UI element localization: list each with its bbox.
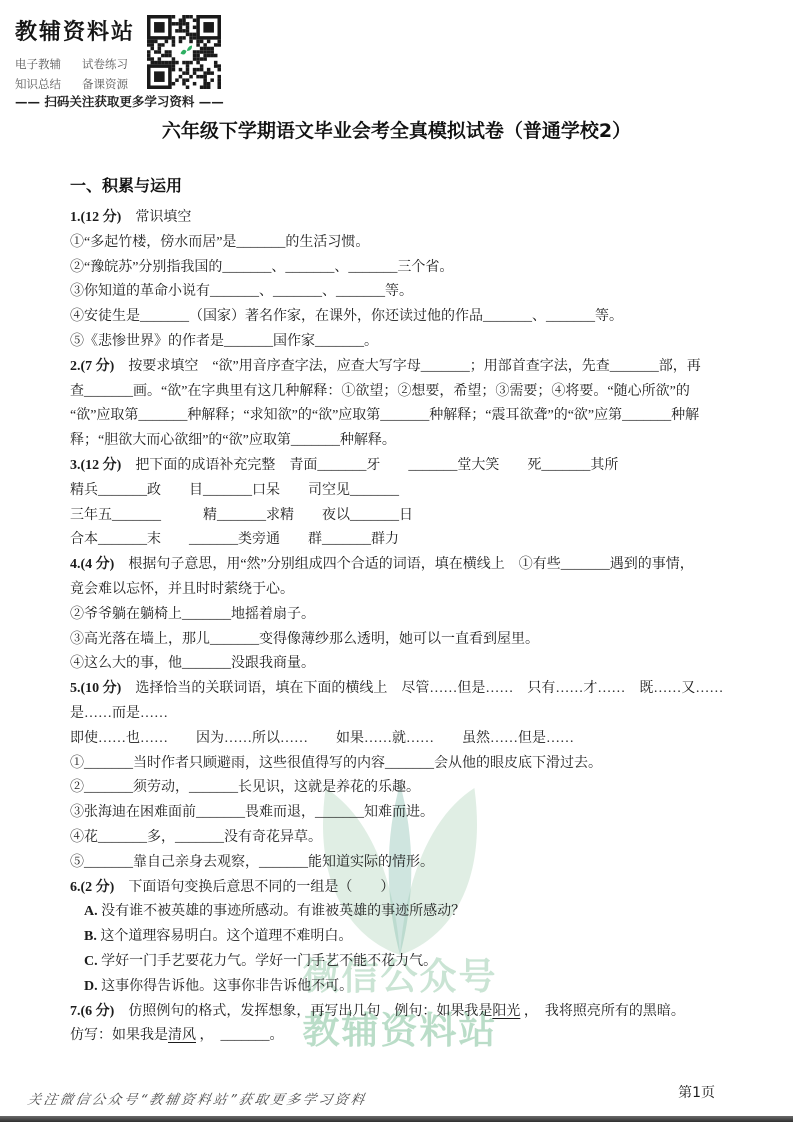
text-line: ②爷爷躺在躺椅上_______地摇着扇子。 <box>70 603 725 628</box>
text-line: ⑤_______靠自己亲身去观察，_______能知道实际的情形。 <box>70 851 725 876</box>
text-line: 1.(12 分) 常识填空 <box>70 206 725 231</box>
text-line: 即使……也…… 因为……所以…… 如果……就…… 虽然……但是…… <box>70 727 725 752</box>
text-line: 竟会难以忘怀，并且时时萦绕于心。 <box>70 578 725 603</box>
text-line: ②_______须劳动，_______长见识，这就是养花的乐趣。 <box>70 776 725 801</box>
text-line: ③你知道的革命小说有_______、_______、_______等。 <box>70 280 725 305</box>
text-line: C. 学好一门手艺要花力气。学好一门手艺不能不花力气。 <box>70 950 725 975</box>
text-line: ③高光落在墙上，那儿_______变得像薄纱那么透明，她可以一直看到屋里。 <box>70 628 725 653</box>
text-line: 仿写：如果我是清风 ， _______。 <box>70 1024 725 1049</box>
text-line: 5.(10 分) 选择恰当的关联词语，填在下面的横线上 尽管……但是…… 只有…… <box>70 677 725 702</box>
logo-tagline: 电子教辅 试卷练习 知识总结 备课资源 <box>15 56 133 92</box>
tag-summary: 知识总结 <box>15 76 66 92</box>
text-line: ④这么大的事，他_______没跟我商量。 <box>70 652 725 677</box>
text-line: 查_______画。“欲”在字典里有这几种解释：①欲望；②想要，希望；③需要；④… <box>70 380 725 405</box>
text-line: A. 没有谁不被英雄的事迹所感动。有谁被英雄的事迹所感动？ <box>70 900 725 925</box>
text-line: ①_______当时作者只顾避雨，这些很值得写的内容_______会从他的眼皮底… <box>70 752 725 777</box>
tag-ebook: 电子教辅 <box>15 56 66 72</box>
text-line: ④安徒生是_______（国家）著名作家，在课外，你还读过他的作品_______… <box>70 305 725 330</box>
text-line: 合本_______末 _______类旁通 群_______群力 <box>70 528 725 553</box>
qr-code <box>147 15 221 89</box>
site-logo: 教辅资料站 <box>15 15 133 46</box>
exam-page: 微信公众号 教辅资料站 教辅资料站 电子教辅 试卷练习 知识总结 备课资源 ——… <box>0 0 793 1122</box>
text-line: 精兵_______政 目_______口呆 司空见_______ <box>70 479 725 504</box>
underlined-word: 阳光 <box>492 1004 520 1019</box>
text-line: ①“多起竹楼，傍水而居”是_______的生活习惯。 <box>70 231 725 256</box>
text-line: 3.(12 分) 把下面的成语补充完整 青面_______牙 _______堂大… <box>70 454 725 479</box>
text-line: 释；“胆欲大而心欲细”的“欲”应取第_______种解释。 <box>70 429 725 454</box>
text-line: ③张海迪在困难面前_______畏难而退，_______知难而进。 <box>70 801 725 826</box>
text-line: “欲”应取第_______种解释；“求知欲”的“欲”应取第_______种解释；… <box>70 404 725 429</box>
logo-block: 教辅资料站 电子教辅 试卷练习 知识总结 备课资源 <box>15 15 133 92</box>
underlined-word: 清风 <box>168 1028 196 1043</box>
page-bottom-edge <box>0 1116 793 1122</box>
text-line: ⑤《悲惨世界》的作者是_______国作家_______。 <box>70 330 725 355</box>
text-line: 6.(2 分) 下面语句变换后意思不同的一组是（ ） <box>70 876 725 901</box>
page-number: 第1页 <box>678 1082 715 1102</box>
footer-note: 关注微信公众号“教辅资料站”获取更多学习资料 <box>26 1088 369 1108</box>
text-line: B. 这个道理容易明白。这个道理不难明白。 <box>70 925 725 950</box>
document-content: 六年级下学期语文毕业会考全真模拟试卷（普通学校2） 一、积累与运用 1.(12 … <box>0 0 793 1049</box>
question-body: 1.(12 分) 常识填空①“多起竹楼，傍水而居”是_______的生活习惯。②… <box>70 206 725 1049</box>
text-line: 是……而是…… <box>70 702 725 727</box>
text-line: 三年五_______ 精_______求精 夜以_______日 <box>70 504 725 529</box>
site-header: 教辅资料站 电子教辅 试卷练习 知识总结 备课资源 <box>15 15 221 92</box>
text-line: ④花_______多，_______没有奇花异草。 <box>70 826 725 851</box>
tag-resource: 备课资源 <box>82 76 133 92</box>
tag-practice: 试卷练习 <box>82 56 133 72</box>
text-line: 4.(4 分) 根据句子意思，用“然”分别组成四个合适的词语，填在横线上 ①有些… <box>70 553 725 578</box>
text-line: 2.(7 分) 按要求填空 “欲”用音序查字法，应查大写字母_______；用部… <box>70 355 725 380</box>
section-heading: 一、积累与运用 <box>70 173 793 196</box>
follow-banner: —— 扫码关注获取更多学习资料 —— <box>15 92 224 110</box>
text-line: D. 这事你得告诉他。这事你非告诉他不可。 <box>70 975 725 1000</box>
text-line: ②“豫皖苏”分别指我国的_______、_______、_______三个省。 <box>70 256 725 281</box>
text-line: 7.(6 分) 仿照例句的格式，发挥想象，再写出几句 例句：如果我是阳光 ， 我… <box>70 1000 725 1025</box>
